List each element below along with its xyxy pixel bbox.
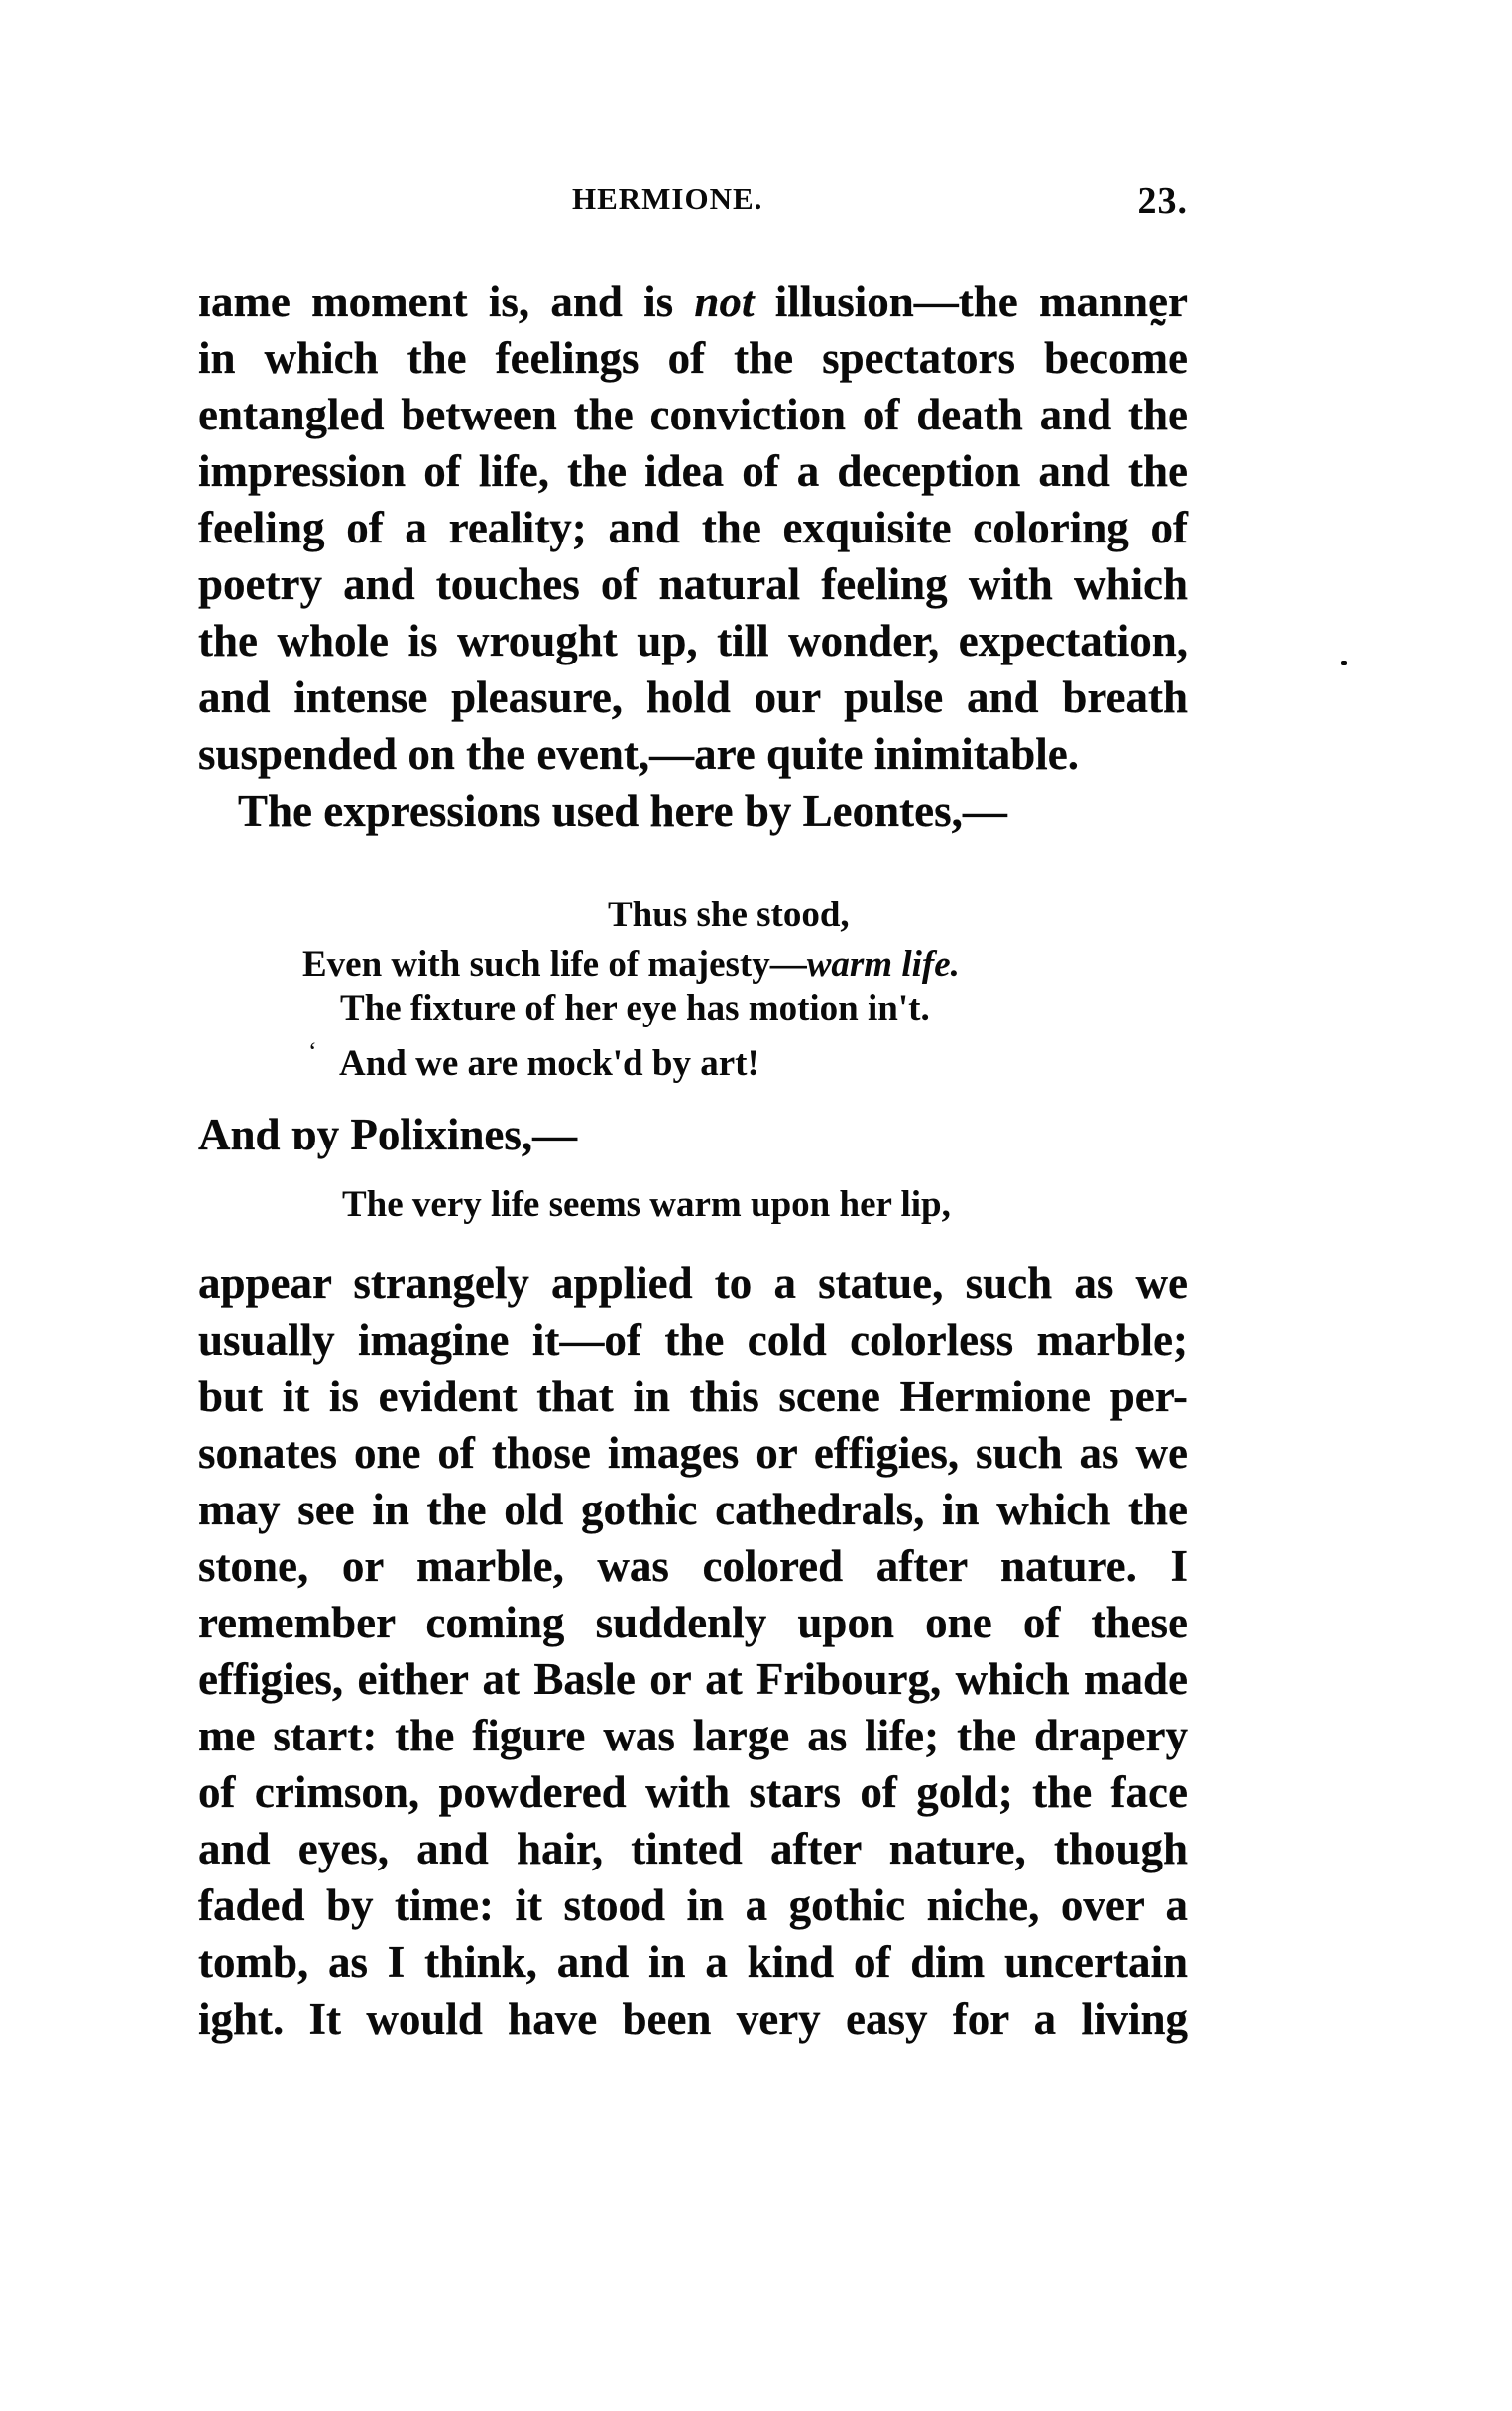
scan-speck	[1341, 661, 1347, 665]
running-title: HERMIONE.	[572, 181, 762, 217]
verse-line: Even with such life of majesty—warm life…	[302, 942, 960, 987]
body-line: impression of life, the idea of a decept…	[198, 443, 1188, 500]
body-line: stone, or marble, was colored after natu…	[198, 1538, 1188, 1595]
body-line: sonates one of those images or effigies,…	[198, 1425, 1188, 1482]
body-line: entangled between the conviction of deat…	[198, 387, 1188, 443]
emphasis-not: not	[694, 277, 754, 326]
body-line: effigies, either at Basle or at Fribourg…	[198, 1651, 1188, 1708]
body-line: tomb, as I think, and in a kind of dim u…	[198, 1934, 1188, 1990]
running-head: HERMIONE. 23.	[198, 181, 1188, 215]
body-line: the whole is wrought up, till wonder, ex…	[198, 613, 1188, 669]
body-line: and intense pleasure, hold our pulse and…	[198, 669, 1188, 726]
body-line: faded by time: it stood in a gothic nich…	[198, 1877, 1188, 1934]
intro-polixines: And ɒy Polixines,—	[198, 1107, 1188, 1163]
body-line: and eyes, and hair, tinted after nature,…	[198, 1821, 1188, 1877]
body-line: feeling of a reality; and the exquisite …	[198, 500, 1188, 556]
body-line: suspended on the event,—are quite inimit…	[198, 726, 1188, 783]
verse-line: And we are mock'd by art!	[339, 1041, 759, 1086]
body-line: may see in the old gothic cathedrals, in…	[198, 1482, 1188, 1538]
verse-line: The very life seems warm upon her lip,	[342, 1182, 951, 1227]
verse-line: The fixture of her eye has motion in't.	[340, 986, 930, 1030]
body-line: poetry and touches of natural feeling wi…	[198, 556, 1188, 613]
page-number: 23.	[1138, 180, 1189, 223]
body-line: usually imagine it—of the cold colorless…	[198, 1312, 1188, 1369]
body-line: me start: the figure was large as life; …	[198, 1708, 1188, 1764]
verse-line: Thus she stood,	[608, 893, 850, 937]
body-line: ight. It would have been very easy for a…	[198, 1991, 1188, 2048]
body-line: appear strangely applied to a statue, su…	[198, 1256, 1188, 1312]
body-line: but it is evident that in this scene Her…	[198, 1369, 1188, 1425]
stray-mark: ‘	[308, 1039, 317, 1065]
emphasis-warm-life: warm life.	[807, 944, 960, 985]
body-line: remember coming suddenly upon one of the…	[198, 1595, 1188, 1651]
intro-leontes: The expressions used here by Leontes,—	[238, 784, 1188, 840]
body-line: ɪame moment is, and is not illusion—the …	[198, 274, 1188, 330]
body-line: of crimson, powdered with stars of gold;…	[198, 1764, 1188, 1821]
body-line: in which the feelings of the spectators …	[198, 330, 1188, 387]
book-page: HERMIONE. 23. ɪame moment is, and is not…	[0, 0, 1512, 2411]
